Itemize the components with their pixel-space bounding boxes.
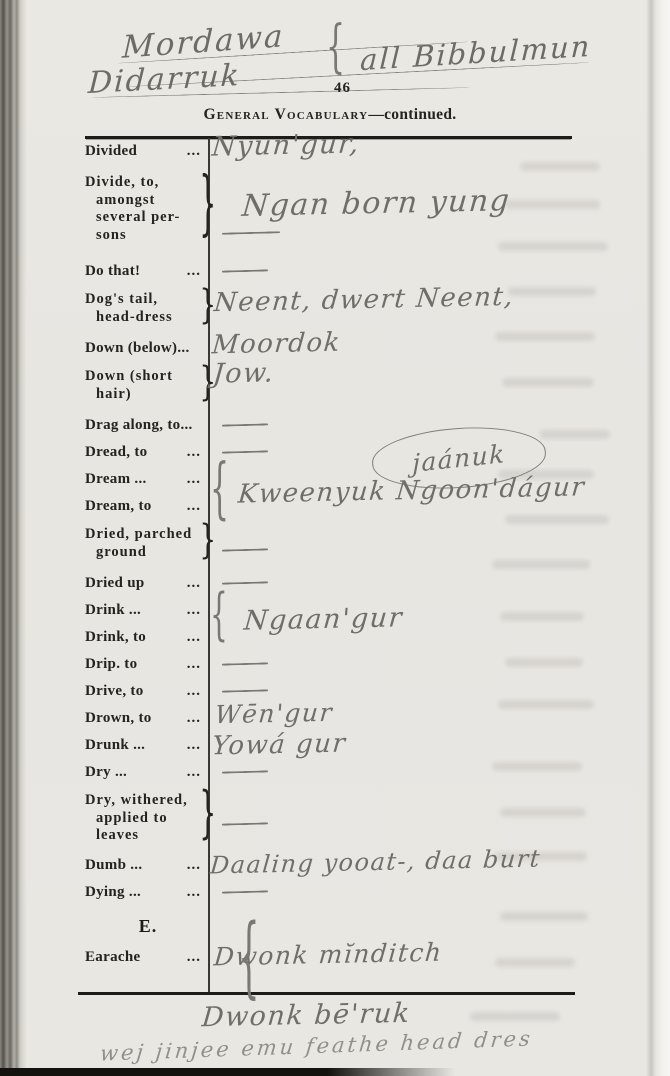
vocab-row: Down (shorthair)}Jow. <box>0 364 670 414</box>
term-text: Drive, to <box>85 683 144 700</box>
term-line: Dry, withered, <box>85 792 211 810</box>
vocab-row: Drag along, to... <box>0 414 670 441</box>
dash-entry <box>222 581 268 584</box>
term-text: Do that! <box>85 263 140 280</box>
handwritten-entry: Daaling yooat-, daa burt <box>209 845 542 880</box>
term-line: Dog's tail, <box>85 291 211 309</box>
page-number: 46 <box>334 80 351 97</box>
term-text: Dream, to <box>85 498 152 515</box>
term-brace: } <box>199 528 217 555</box>
handwritten-entry: Neent, dwert Neent, <box>213 282 516 318</box>
term-line: hair) <box>85 386 211 404</box>
leader-dots: ... <box>187 471 207 488</box>
heading-smallcaps: General Vocabulary <box>204 106 369 123</box>
term-text: Dry, withered,applied toleaves} <box>85 788 211 845</box>
annotation-brace: { <box>326 14 345 81</box>
vocab-row: Dream ...... <box>0 468 670 495</box>
term-line: sons <box>85 227 211 245</box>
leader-dots: ... <box>187 884 207 901</box>
dash-entry <box>222 269 268 272</box>
dash-entry <box>222 548 268 551</box>
term-line: Dried, parched <box>85 526 211 544</box>
dash-entry <box>222 890 268 893</box>
term-line: several per- <box>85 209 211 227</box>
vocab-row: Do that!... <box>0 260 670 287</box>
handwritten-entry: Jow. <box>212 357 276 389</box>
vocab-row: Dried up... <box>0 572 670 599</box>
vocab-row: Dumb ......Daaling yooat-, daa burt <box>0 854 670 881</box>
term-text: Dumb ... <box>85 857 142 874</box>
vocab-row: Divide, to,amongstseveral per-sons}Ngan … <box>0 170 670 260</box>
page-right-edge <box>646 0 670 1076</box>
handwritten-entry: Moordok <box>211 328 342 361</box>
term-text: Dog's tail,head-dress} <box>85 287 211 326</box>
dash-entry <box>222 822 268 825</box>
dash-entry <box>222 662 268 665</box>
term-text: Drunk ... <box>85 737 145 754</box>
bleed-through-text <box>470 1012 560 1021</box>
vocab-row: Drip. to... <box>0 653 670 680</box>
table-bottom-rule <box>78 992 575 995</box>
crossed-out-name-1: Mordawa <box>122 18 285 66</box>
scan-bottom-edge <box>0 1068 455 1076</box>
term-text: Divide, to,amongstseveral per-sons} <box>85 170 211 244</box>
term-text: Down (shorthair)} <box>85 364 211 403</box>
dash-entry <box>222 423 268 426</box>
vocab-row: Dread, to... <box>0 441 670 468</box>
handwritten-entry: Nyun'gur, <box>211 128 361 162</box>
leader-dots: ... <box>187 857 207 874</box>
leader-dots: ... <box>187 629 207 646</box>
vocab-row: Dry ...... <box>0 761 670 788</box>
leader-dots: ... <box>187 575 207 592</box>
leader-dots: ... <box>187 143 207 160</box>
leader-dots: ... <box>187 444 207 461</box>
term-line: leaves <box>85 827 211 845</box>
bottom-scrawl: wej jinjee emu feathe head dres <box>99 1026 534 1065</box>
leader-dots: ... <box>187 602 207 619</box>
term-text: Down (below)... <box>85 340 190 357</box>
term-brace: } <box>199 797 217 835</box>
term-line: head-dress <box>85 309 211 327</box>
term-text: Drown, to <box>85 710 152 727</box>
earache-brace: { <box>238 906 260 1010</box>
term-line: Down (short <box>85 368 211 386</box>
dash-entry <box>222 689 268 692</box>
term-line: applied to <box>85 810 211 828</box>
handwritten-entry: Wēn'gur <box>214 698 334 730</box>
term-text: Dried up <box>85 575 145 592</box>
vocab-row: Drink, to... <box>0 626 670 653</box>
term-text: Divided <box>85 143 137 160</box>
vocab-row: Drive, to... <box>0 680 670 707</box>
term-text: Drink ... <box>85 602 141 619</box>
handwritten-entry: Yowá gur <box>211 729 348 762</box>
term-text: Dying ... <box>85 884 141 901</box>
term-line: amongst <box>85 192 211 210</box>
vocab-row: Divided...Nyun'gur, <box>0 140 670 170</box>
term-text: Dread, to <box>85 444 147 461</box>
leader-dots: ... <box>187 764 207 781</box>
term-text: Dry ... <box>85 764 127 781</box>
term-brace: } <box>199 183 217 230</box>
term-text: Drip. to <box>85 656 137 673</box>
vocab-row: Dying ...... <box>0 881 670 908</box>
term-text: Earache <box>85 949 140 966</box>
earache-alt-entry: Dwonk bē'ruk <box>201 998 412 1033</box>
vocab-row: Dried, parchedground} <box>0 522 670 572</box>
vocab-row: Drink ...... <box>0 599 670 626</box>
term-line: ground <box>85 544 211 562</box>
leader-dots: ... <box>187 710 207 727</box>
vocabulary-table: jaánuk { Kweenyuk Ngoon'dágur { Ngaan'gu… <box>0 140 670 973</box>
leader-dots: ... <box>187 949 207 966</box>
leader-dots: ... <box>187 683 207 700</box>
dash-entry <box>222 450 268 453</box>
heading-rest: —continued. <box>368 106 456 123</box>
underline-dash <box>222 231 280 235</box>
vocab-row: Down (below)...Moordok <box>0 337 670 364</box>
leader-dots: ... <box>187 737 207 754</box>
vocab-row: Drunk ......Yowá gur <box>0 734 670 761</box>
book-binding-edge <box>0 0 27 1076</box>
leader-dots: ... <box>187 498 207 515</box>
term-text: Dream ... <box>85 471 147 488</box>
term-text: Drag along, to... <box>85 417 193 434</box>
vocab-row: Dry, withered,applied toleaves} <box>0 788 670 854</box>
leader-dots: ... <box>187 263 207 280</box>
dash-entry <box>222 770 268 773</box>
handwritten-entry: Ngan born yung <box>241 183 512 224</box>
scanned-page: Mordawa Didarruk { all Bibbulmun 46 Gene… <box>0 0 670 1076</box>
group-note: all Bibbulmun <box>359 29 592 77</box>
section-letter: E. <box>85 908 211 937</box>
term-line: Divide, to, <box>85 174 211 192</box>
term-text: Dried, parchedground} <box>85 522 211 561</box>
leader-dots: ... <box>187 656 207 673</box>
vocab-row: Earache...Dwonk mĭnditch <box>0 946 670 973</box>
vocab-row: Dream, to... <box>0 495 670 522</box>
term-text: Drink, to <box>85 629 146 646</box>
page-title: General Vocabulary—continued. <box>80 106 580 124</box>
